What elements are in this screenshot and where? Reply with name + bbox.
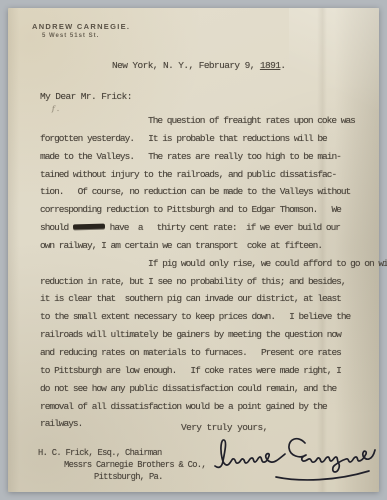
letter-line-text: railroads will ultimately be gainers by … [40,329,341,340]
letter-line: own railway, I am certain we can transpo… [40,237,366,255]
signature-underline-flourish [276,471,369,480]
dateline-prefix: New York, N. Y., February 9, [112,60,260,71]
letter-line-text: tion. Of course, no reduction can be mad… [40,186,350,197]
dateline-year: 1891 [260,60,280,71]
dateline: New York, N. Y., February 9, 1891. [112,60,285,71]
letter-line: should have a thirty cent rate: if we ev… [40,219,366,237]
letter-line-text: corresponding reduction to Pittsburgh an… [40,204,341,215]
letter-line-text: If pig would only rise, we could afford … [148,258,387,269]
letter-line: and reducing rates on materials to furna… [40,344,366,362]
letter-line: corresponding reduction to Pittsburgh an… [40,201,366,219]
recipient-line: H. C. Frick, Esq., Chairman [38,448,206,460]
letter-line: reduction in rate, but I see no probabil… [40,273,366,291]
letterhead: ANDREW CARNEGIE. 5 West 51st St. [32,22,130,39]
letter-line: If pig would only rise, we could afford … [40,255,366,273]
letter-line-text: reduction in rate, but I see no probabil… [40,276,346,287]
letter-line-text: to the small extent necessary to keep pr… [40,311,350,322]
signature-stroke-last-name [289,439,375,472]
salutation: My Dear Mr. Frick: [40,88,366,106]
letter-line: made to the Valleys. The rates are reall… [40,148,366,166]
signature-stroke-first-name [215,440,285,467]
letter-line-text: and reducing rates on materials to furna… [40,347,341,358]
letter-line-text: made to the Valleys. The rates are reall… [40,151,341,162]
letter-line-text: it is clear that southern pig can invade… [40,293,341,304]
letter-line-text: tained without injury to the railroads, … [40,169,336,180]
letterhead-address: 5 West 51st St. [42,33,130,39]
letter-line-text: do not see how any public dissatisfactio… [40,383,336,394]
letterhead-name: ANDREW CARNEGIE. [32,22,130,31]
dateline-suffix: . [280,60,285,71]
letter-line-text: to Pittsburgh are low enough. If coke ra… [40,365,341,376]
letter-line: to the small extent necessary to keep pr… [40,308,366,326]
body-lines: The question of freaight rates upon coke… [40,112,366,433]
letter-line-text: own railway, I am certain we can transpo… [40,240,322,251]
pencil-annotation: f . [52,105,59,113]
letter-line-text: forgotten yesterday. It is probable that… [40,133,327,144]
signature-andrew-carnegie [208,428,376,486]
letter-line: to Pittsburgh are low enough. If coke ra… [40,362,366,380]
letter-line-text: removal of all dissatisfaction would be … [40,401,327,412]
letter-line: do not see how any public dissatisfactio… [40,380,366,398]
letter-line: tained without injury to the railroads, … [40,166,366,184]
recipient-line: Messrs Carnegie Brothers & Co., [38,460,206,472]
scanned-letter-image: ANDREW CARNEGIE. 5 West 51st St. New Yor… [0,0,387,500]
struck-out-word [73,224,105,230]
recipient-line: Pittsburgh, Pa. [38,472,206,484]
letter-body: My Dear Mr. Frick: f . The question of f… [40,88,366,433]
letter-line-text: railways. [40,418,82,429]
letter-line: removal of all dissatisfaction would be … [40,398,366,416]
letter-line: forgotten yesterday. It is probable that… [40,130,366,148]
letter-line: it is clear that southern pig can invade… [40,290,366,308]
letter-line: The question of freaight rates upon coke… [40,112,366,130]
letter-line: railroads will ultimately be gainers by … [40,326,366,344]
letter-paper: ANDREW CARNEGIE. 5 West 51st St. New Yor… [8,8,379,492]
letter-line-text: have a thirty cent rate: if we ever buil… [105,222,340,233]
letter-line-text: should [40,222,73,233]
recipient-block: H. C. Frick, Esq., ChairmanMessrs Carneg… [38,448,206,483]
letter-line: tion. Of course, no reduction can be mad… [40,183,366,201]
letter-line-text: The question of freaight rates upon coke… [148,115,355,126]
